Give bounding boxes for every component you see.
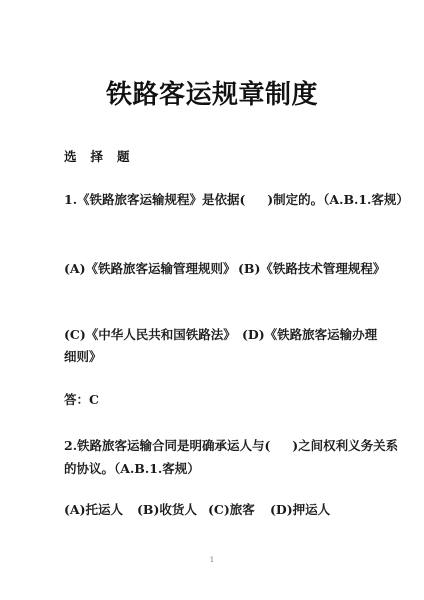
question-1-stem: 1.《铁路旅客运输规程》是依据( )制定的。（A.B.1.客规） [64, 190, 409, 208]
question-1-option-b: (B)《铁路技术管理规程》 [238, 259, 385, 277]
document-title: 铁路客运规章制度 [0, 74, 424, 111]
question-2-option-a: (A)托运人 [64, 500, 123, 518]
question-1-option-c: (C)《中华人民共和国铁路法》 [64, 325, 236, 343]
page-number: 1 [0, 556, 424, 564]
question-1-answer: 答：C [64, 390, 99, 408]
question-2-stem-continued: 的协议。（A.B.1.客规） [64, 459, 200, 477]
question-2-option-d: (D)押运人 [270, 500, 330, 518]
question-2-stem: 2.铁路旅客运输合同是明确承运人与( )之间权利义务关系 [64, 436, 398, 454]
question-1-option-d-continued: 细则》 [64, 347, 102, 365]
section-heading: 选择题 [64, 147, 144, 165]
question-2-option-c: (C)旅客 [208, 500, 255, 518]
question-1-option-d: (D)《铁路旅客运输办理 [242, 325, 377, 343]
question-1-option-a: (A)《铁路旅客运输管理规则》 [64, 259, 236, 277]
question-2-option-b: (B)收货人 [137, 500, 197, 518]
